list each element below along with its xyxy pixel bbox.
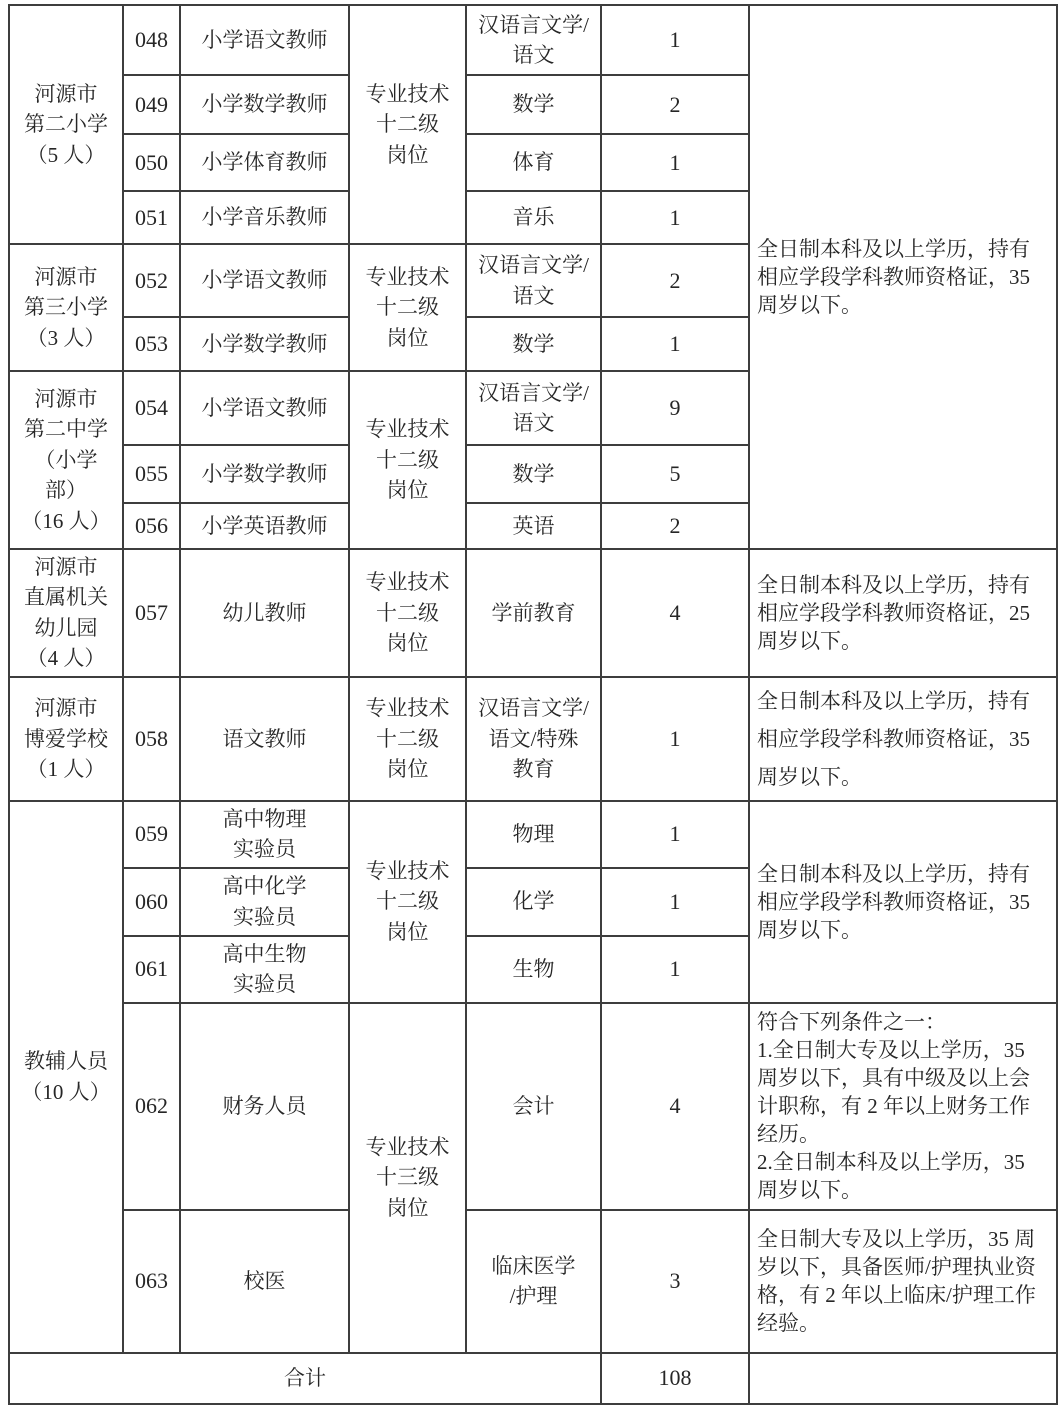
cell-school: 教辅人员 （10 人） xyxy=(9,801,123,1353)
cell-count: 1 xyxy=(601,5,749,75)
cell-subject: 体育 xyxy=(466,134,601,191)
cell-subject: 数学 xyxy=(466,445,601,503)
cell-school: 河源市 第三小学 （3 人） xyxy=(9,244,123,371)
cell-subject: 学前教育 xyxy=(466,549,601,677)
cell-subject: 会计 xyxy=(466,1003,601,1210)
cell-title: 高中物理 实验员 xyxy=(180,801,349,868)
recruitment-table: 河源市 第二小学 （5 人） 048 小学语文教师 专业技术 十二级 岗位 汉语… xyxy=(8,4,1058,1405)
cell-count: 2 xyxy=(601,75,749,134)
cell-code: 063 xyxy=(123,1210,180,1353)
cell-title: 小学语文教师 xyxy=(180,5,349,75)
cell-school: 河源市 直属机关 幼儿园 （4 人） xyxy=(9,549,123,677)
cell-requirement: 全日制本科及以上学历，持有 相应学段学科教师资格证，35 周岁以下。 xyxy=(749,677,1057,801)
table-row: 063 校医 临床医学 /护理 3 全日制大专及以上学历，35 周 岁以下，具备… xyxy=(9,1210,1057,1353)
cell-title: 小学英语教师 xyxy=(180,503,349,549)
cell-subject: 数学 xyxy=(466,75,601,134)
table-row: 河源市 直属机关 幼儿园 （4 人） 057 幼儿教师 专业技术 十二级 岗位 … xyxy=(9,549,1057,677)
table-row: 河源市 第二小学 （5 人） 048 小学语文教师 专业技术 十二级 岗位 汉语… xyxy=(9,5,1057,75)
cell-level: 专业技术 十二级 岗位 xyxy=(349,244,466,371)
cell-code: 062 xyxy=(123,1003,180,1210)
cell-count: 5 xyxy=(601,445,749,503)
cell-code: 060 xyxy=(123,868,180,936)
cell-requirement: 全日制本科及以上学历，持有 相应学段学科教师资格证，25 周岁以下。 xyxy=(749,549,1057,677)
cell-subject: 临床医学 /护理 xyxy=(466,1210,601,1353)
cell-subject: 汉语言文学/ 语文 xyxy=(466,244,601,317)
table-row-total: 合计 108 xyxy=(9,1353,1057,1404)
cell-level: 专业技术 十二级 岗位 xyxy=(349,5,466,244)
cell-code: 052 xyxy=(123,244,180,317)
cell-count: 1 xyxy=(601,936,749,1003)
table-row: 河源市 博爱学校 （1 人） 058 语文教师 专业技术 十二级 岗位 汉语言文… xyxy=(9,677,1057,801)
cell-subject: 汉语言文学/ 语文 xyxy=(466,371,601,445)
cell-level: 专业技术 十二级 岗位 xyxy=(349,549,466,677)
cell-subject: 数学 xyxy=(466,317,601,371)
cell-title: 财务人员 xyxy=(180,1003,349,1210)
cell-title: 小学数学教师 xyxy=(180,317,349,371)
cell-count: 4 xyxy=(601,549,749,677)
cell-title: 小学数学教师 xyxy=(180,445,349,503)
cell-count: 1 xyxy=(601,191,749,244)
cell-count: 2 xyxy=(601,244,749,317)
cell-code: 057 xyxy=(123,549,180,677)
cell-count: 3 xyxy=(601,1210,749,1353)
cell-subject: 汉语言文学/ 语文 xyxy=(466,5,601,75)
cell-level: 专业技术 十三级 岗位 xyxy=(349,1003,466,1353)
cell-requirement: 全日制本科及以上学历，持有 相应学段学科教师资格证，35 周岁以下。 xyxy=(749,801,1057,1003)
cell-code: 049 xyxy=(123,75,180,134)
cell-title: 小学语文教师 xyxy=(180,244,349,317)
cell-level: 专业技术 十二级 岗位 xyxy=(349,801,466,1003)
cell-level: 专业技术 十二级 岗位 xyxy=(349,371,466,549)
cell-requirement: 全日制本科及以上学历，持有 相应学段学科教师资格证，35 周岁以下。 xyxy=(749,5,1057,549)
cell-title: 小学体育教师 xyxy=(180,134,349,191)
cell-count: 2 xyxy=(601,503,749,549)
cell-code: 048 xyxy=(123,5,180,75)
cell-subject: 生物 xyxy=(466,936,601,1003)
cell-subject: 音乐 xyxy=(466,191,601,244)
cell-count: 1 xyxy=(601,677,749,801)
cell-code: 061 xyxy=(123,936,180,1003)
cell-title: 幼儿教师 xyxy=(180,549,349,677)
cell-subject: 英语 xyxy=(466,503,601,549)
cell-count: 1 xyxy=(601,868,749,936)
cell-school: 河源市 博爱学校 （1 人） xyxy=(9,677,123,801)
cell-school: 河源市 第二中学 （小学部） （16 人） xyxy=(9,371,123,549)
cell-level: 专业技术 十二级 岗位 xyxy=(349,677,466,801)
cell-title: 高中化学 实验员 xyxy=(180,868,349,936)
cell-count: 4 xyxy=(601,1003,749,1210)
cell-title: 高中生物 实验员 xyxy=(180,936,349,1003)
cell-code: 056 xyxy=(123,503,180,549)
cell-requirement: 全日制大专及以上学历，35 周 岁以下，具备医师/护理执业资 格，有 2 年以上… xyxy=(749,1210,1057,1353)
cell-school: 河源市 第二小学 （5 人） xyxy=(9,5,123,244)
cell-code: 050 xyxy=(123,134,180,191)
cell-code: 055 xyxy=(123,445,180,503)
cell-total-count: 108 xyxy=(601,1353,749,1404)
cell-count: 1 xyxy=(601,801,749,868)
cell-total-label: 合计 xyxy=(9,1353,601,1404)
table-row: 教辅人员 （10 人） 059 高中物理 实验员 专业技术 十二级 岗位 物理 … xyxy=(9,801,1057,868)
cell-code: 059 xyxy=(123,801,180,868)
cell-code: 054 xyxy=(123,371,180,445)
cell-subject: 汉语言文学/ 语文/特殊 教育 xyxy=(466,677,601,801)
cell-subject: 物理 xyxy=(466,801,601,868)
cell-requirement-empty xyxy=(749,1353,1057,1404)
cell-title: 语文教师 xyxy=(180,677,349,801)
table-row: 062 财务人员 专业技术 十三级 岗位 会计 4 符合下列条件之一： 1.全日… xyxy=(9,1003,1057,1210)
cell-code: 058 xyxy=(123,677,180,801)
cell-code: 053 xyxy=(123,317,180,371)
cell-requirement: 符合下列条件之一： 1.全日制大专及以上学历，35 周岁以下，具有中级及以上会 … xyxy=(749,1003,1057,1210)
cell-title: 小学数学教师 xyxy=(180,75,349,134)
cell-count: 1 xyxy=(601,134,749,191)
cell-title: 小学语文教师 xyxy=(180,371,349,445)
recruitment-table-page: 河源市 第二小学 （5 人） 048 小学语文教师 专业技术 十二级 岗位 汉语… xyxy=(0,4,1064,1389)
cell-title: 小学音乐教师 xyxy=(180,191,349,244)
cell-count: 9 xyxy=(601,371,749,445)
cell-count: 1 xyxy=(601,317,749,371)
cell-subject: 化学 xyxy=(466,868,601,936)
cell-code: 051 xyxy=(123,191,180,244)
cell-title: 校医 xyxy=(180,1210,349,1353)
